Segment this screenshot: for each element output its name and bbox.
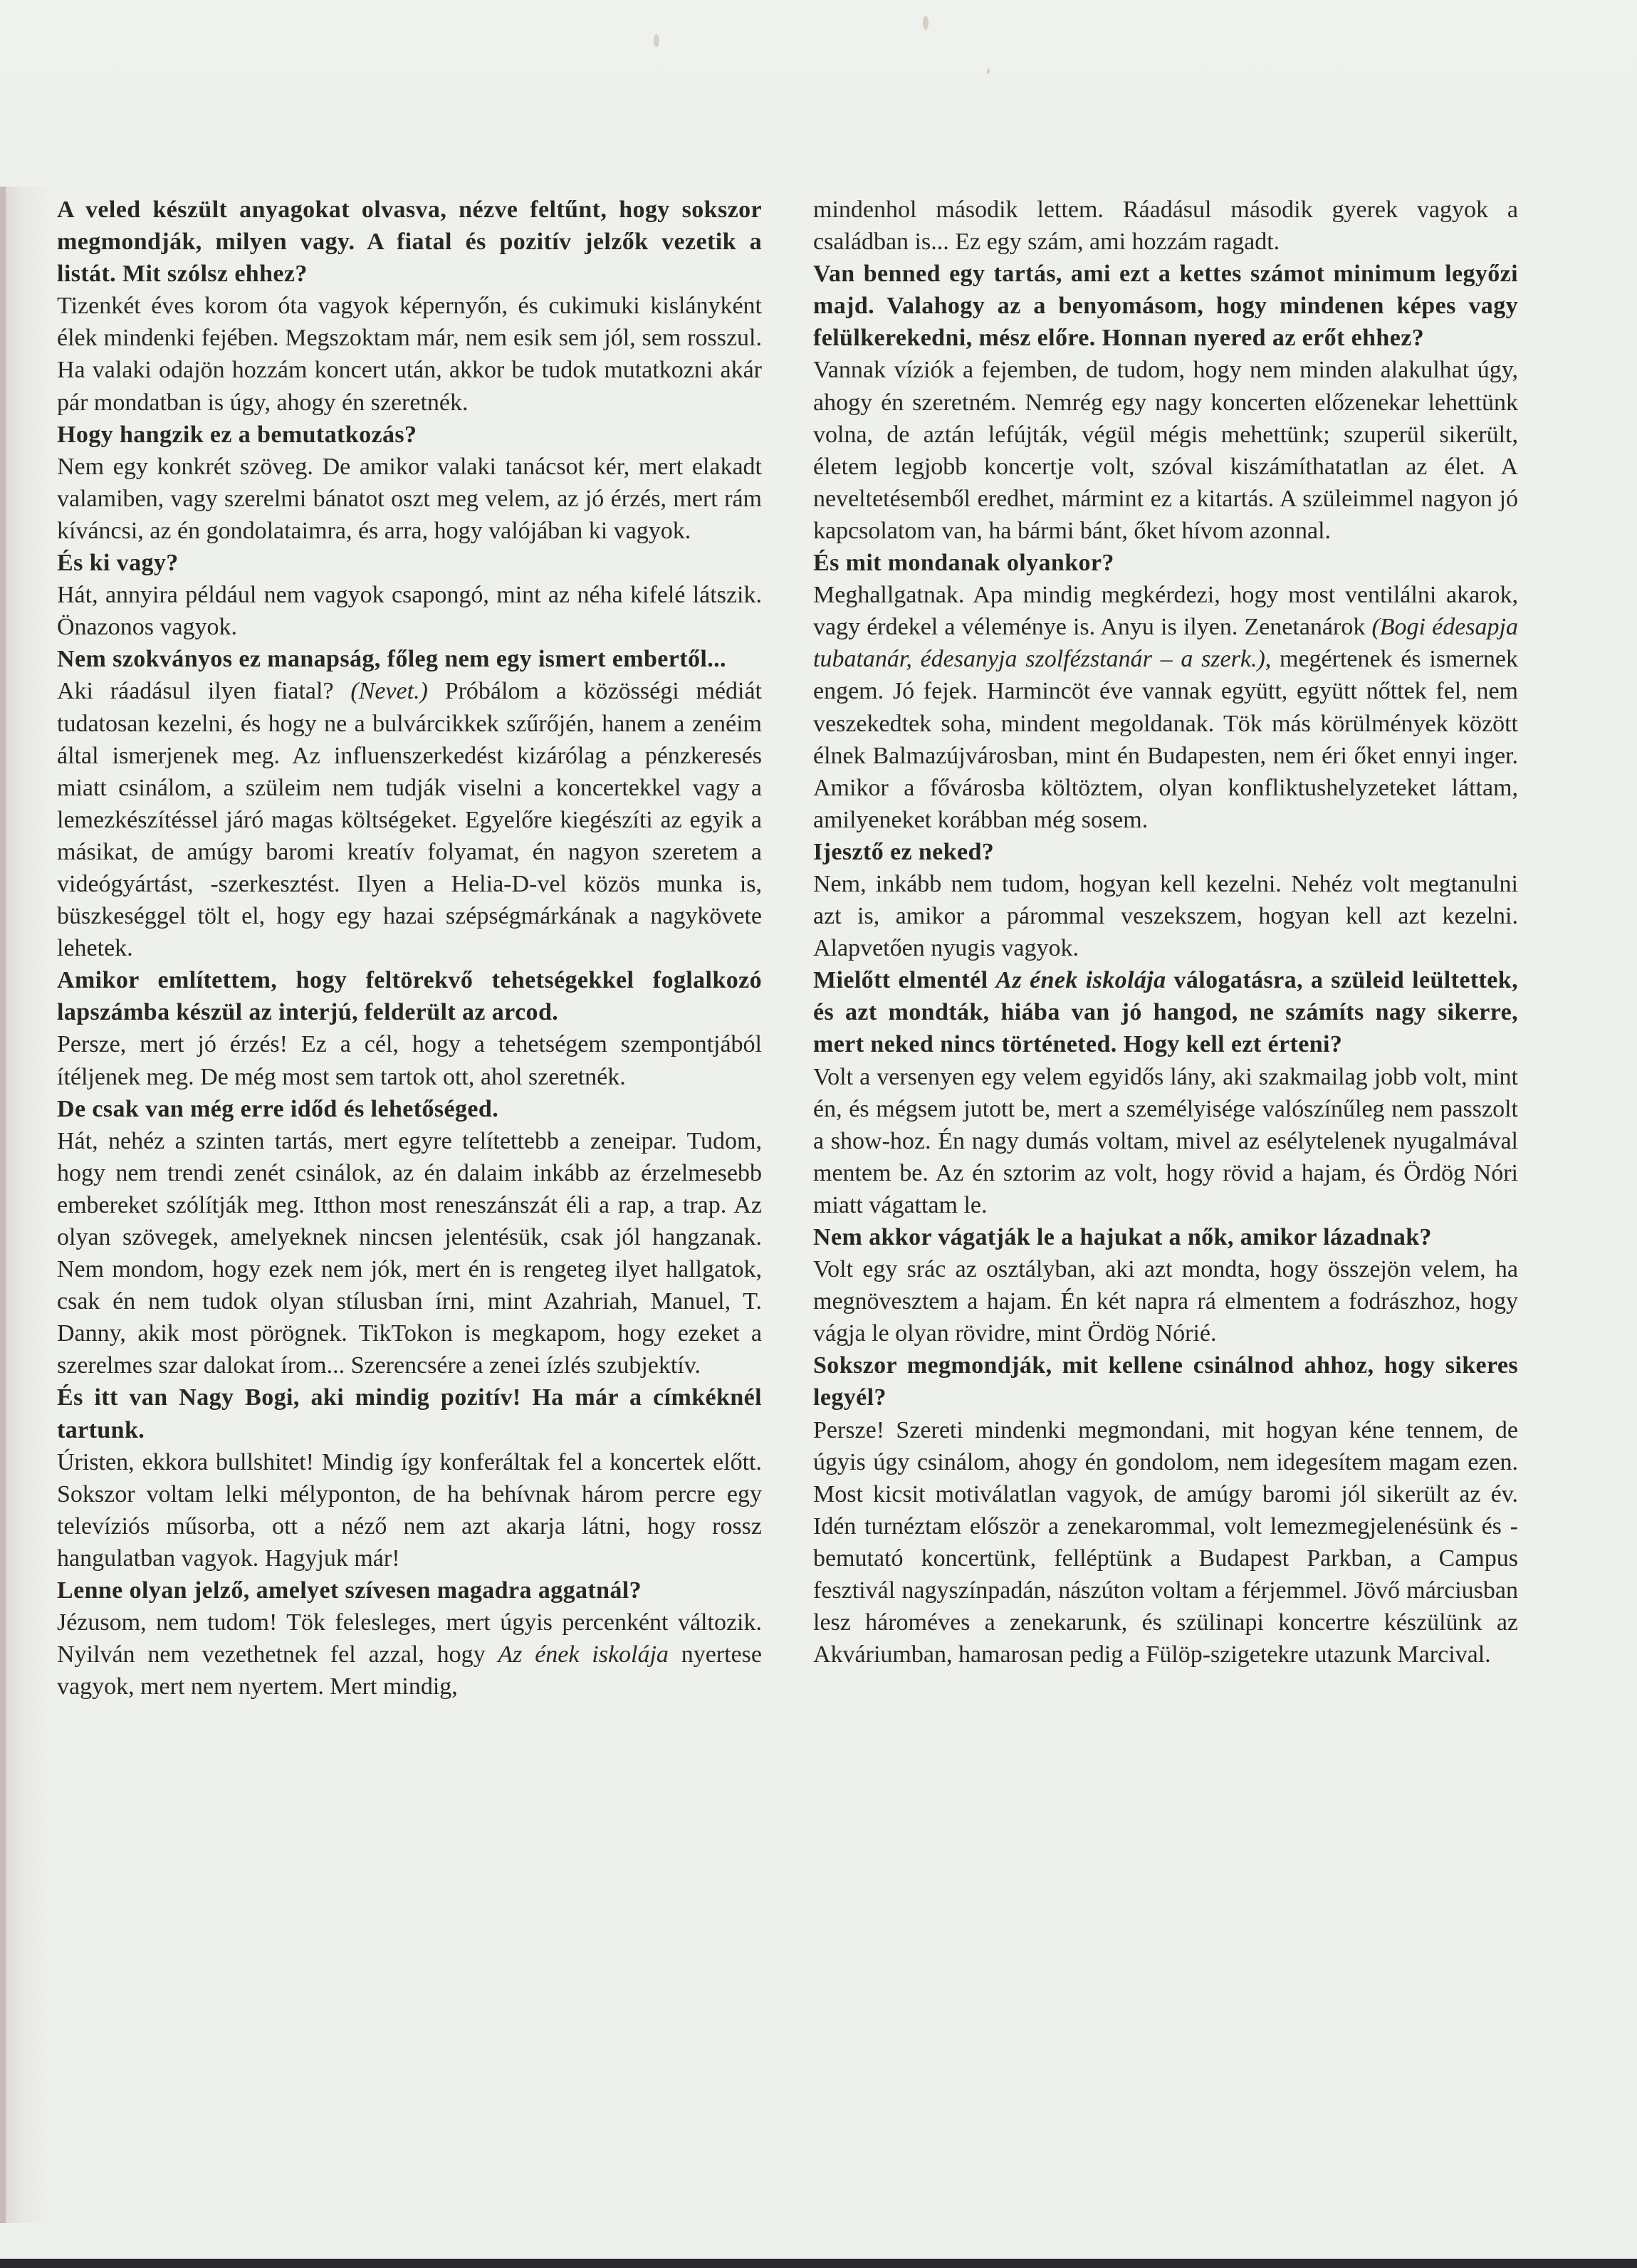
question: Sokszor megmondják, mit kellene csinálno… [813, 1349, 1518, 1413]
question: Nem akkor vágatják le a hajukat a nők, a… [813, 1221, 1518, 1253]
answer: Aki ráadásul ilyen fiatal? (Nevet.) Prób… [57, 675, 762, 964]
paper-speck [654, 34, 659, 47]
paper-speck [923, 16, 929, 30]
question-text: Mielőtt elmentél [813, 967, 995, 993]
answer-text: , megértenek és ismernek engem. Jó fejek… [813, 646, 1518, 832]
binding-shadow [0, 187, 50, 2223]
answer: Hát, nehéz a szinten tartás, mert egyre … [57, 1125, 762, 1382]
answer-text: Aki ráadásul ilyen fiatal? [57, 678, 350, 704]
answer: Tizenkét éves korom óta vagyok képernyőn… [57, 290, 762, 418]
page-bottom-edge [0, 2259, 1637, 2268]
answer: Úristen, ekkora bullshitet! Mindig így k… [57, 1446, 762, 1574]
question: Mielőtt elmentél Az ének iskolája váloga… [813, 964, 1518, 1060]
question: És ki vagy? [57, 547, 762, 579]
left-column: A veled készült anyagokat olvasva, nézve… [57, 194, 762, 1703]
answer: Vannak víziók a fejemben, de tudom, hogy… [813, 354, 1518, 547]
paper-speck [987, 68, 990, 74]
show-title: Az ének iskolája [498, 1641, 669, 1668]
question: Hogy hangzik ez a bemutatkozás? [57, 419, 762, 451]
question: Amikor említettem, hogy feltörekvő tehet… [57, 964, 762, 1028]
show-title: Az ének iskolája [995, 967, 1166, 993]
answer-text: Próbálom a közösségi médiát tudatosan ke… [57, 678, 762, 961]
answer: Hát, annyira például nem vagyok csapongó… [57, 579, 762, 643]
question: És itt van Nagy Bogi, aki mindig pozitív… [57, 1381, 762, 1446]
question: Lenne olyan jelző, amelyet szívesen maga… [57, 1574, 762, 1606]
answer: Volt a versenyen egy velem egyidős lány,… [813, 1061, 1518, 1221]
question: Van benned egy tartás, ami ezt a kettes … [813, 258, 1518, 354]
question: De csak van még erre időd és lehetőséged… [57, 1093, 762, 1125]
answer: Meghallgatnak. Apa mindig megkérdezi, ho… [813, 579, 1518, 836]
question: És mit mondanak olyankor? [813, 547, 1518, 579]
right-column: mindenhol második lettem. Ráadásul másod… [813, 194, 1518, 1671]
answer: Volt egy srác az osztályban, aki azt mon… [813, 1253, 1518, 1349]
question: A veled készült anyagokat olvasva, nézve… [57, 194, 762, 290]
answer: Jézusom, nem tudom! Tök felesleges, mert… [57, 1606, 762, 1703]
page-top-margin [0, 0, 1637, 189]
binding-edge [0, 187, 6, 2223]
answer: Persze, mert jó érzés! Ez a cél, hogy a … [57, 1028, 762, 1092]
answer: Persze! Szereti mindenki megmondani, mit… [813, 1414, 1518, 1671]
question: Nem szokványos ez manapság, főleg nem eg… [57, 643, 762, 675]
stage-direction: (Nevet.) [350, 678, 428, 704]
answer: Nem egy konkrét szöveg. De amikor valaki… [57, 451, 762, 547]
answer: Nem, inkább nem tudom, hogyan kell kezel… [813, 868, 1518, 964]
answer-continued: mindenhol második lettem. Ráadásul másod… [813, 194, 1518, 258]
question: Ijesztő ez neked? [813, 836, 1518, 868]
